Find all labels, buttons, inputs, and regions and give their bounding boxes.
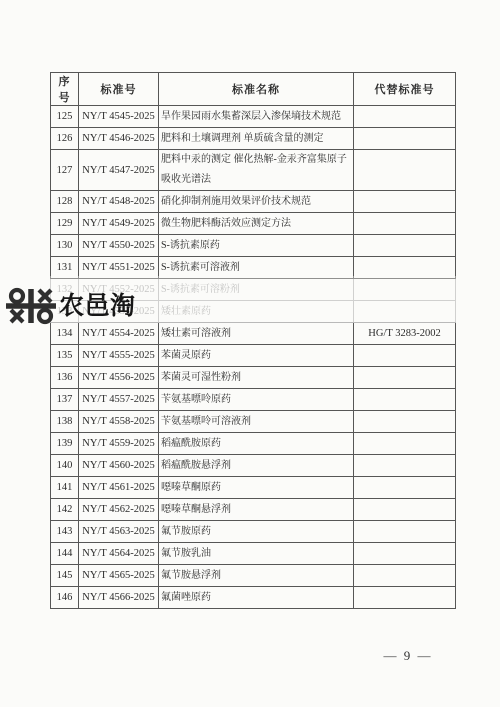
row-standard-name: 稻瘟酰胺原药 [159, 433, 354, 455]
row-seq: 144 [51, 543, 79, 565]
row-standard-code: NY/T 4553-2025 [79, 301, 159, 323]
row-standard-name: 氟节胺悬浮剂 [159, 565, 354, 587]
table-row: 145 NY/T 4565-2025 氟节胺悬浮剂 [51, 565, 456, 587]
table-row: 143 NY/T 4563-2025 氟节胺原药 [51, 521, 456, 543]
row-seq: 128 [51, 191, 79, 213]
row-replaced-code [354, 411, 456, 433]
row-seq: 140 [51, 455, 79, 477]
column-header: 序号 [51, 73, 79, 106]
row-seq: 137 [51, 389, 79, 411]
row-standard-name: 稻瘟酰胺悬浮剂 [159, 455, 354, 477]
row-standard-name: 微生物肥料酶活效应测定方法 [159, 213, 354, 235]
row-standard-code: NY/T 4555-2025 [79, 345, 159, 367]
table-row: 140 NY/T 4560-2025 稻瘟酰胺悬浮剂 [51, 455, 456, 477]
column-header: 标准名称 [159, 73, 354, 106]
row-replaced-code [354, 106, 456, 128]
row-seq: 145 [51, 565, 79, 587]
row-seq: 141 [51, 477, 79, 499]
row-seq: 138 [51, 411, 79, 433]
standards-table: 序号标准号标准名称代替标准号 125 NY/T 4545-2025 旱作果园雨水… [50, 72, 456, 609]
column-header: 标准号 [79, 73, 159, 106]
page-number: — 9 — [375, 648, 441, 664]
table-row: 125 NY/T 4545-2025 旱作果园雨水集蓄深层入渗保墒技术规范 [51, 106, 456, 128]
row-seq: 125 [51, 106, 79, 128]
table-row: 136 NY/T 4556-2025 苯菌灵可湿性粉剂 [51, 367, 456, 389]
row-standard-name: 苯菌灵可湿性粉剂 [159, 367, 354, 389]
row-replaced-code [354, 367, 456, 389]
column-header: 代替标准号 [354, 73, 456, 106]
row-standard-code: NY/T 4549-2025 [79, 213, 159, 235]
row-replaced-code [354, 150, 456, 191]
row-replaced-code [354, 128, 456, 150]
row-seq: 129 [51, 213, 79, 235]
row-standard-code: NY/T 4552-2025 [79, 279, 159, 301]
row-standard-code: NY/T 4560-2025 [79, 455, 159, 477]
row-standard-code: NY/T 4554-2025 [79, 323, 159, 345]
row-standard-name: S-诱抗素可溶粉剂 [159, 279, 354, 301]
row-standard-name: 氟节胺原药 [159, 521, 354, 543]
table-row: 130 NY/T 4550-2025 S-诱抗素原药 [51, 235, 456, 257]
row-standard-code: NY/T 4565-2025 [79, 565, 159, 587]
row-standard-name: 噁嗪草酮原药 [159, 477, 354, 499]
row-seq: 142 [51, 499, 79, 521]
row-standard-name: 旱作果园雨水集蓄深层入渗保墒技术规范 [159, 106, 354, 128]
row-standard-code: NY/T 4561-2025 [79, 477, 159, 499]
row-replaced-code [354, 565, 456, 587]
document-page: 序号标准号标准名称代替标准号 125 NY/T 4545-2025 旱作果园雨水… [0, 0, 500, 707]
row-replaced-code [354, 499, 456, 521]
row-replaced-code: HG/T 3283-2002 [354, 323, 456, 345]
row-standard-code: NY/T 4551-2025 [79, 257, 159, 279]
row-seq: 127 [51, 150, 79, 191]
row-standard-code: NY/T 4563-2025 [79, 521, 159, 543]
table-row: 127 NY/T 4547-2025 肥料中汞的测定 催化热解-金汞齐富集原子吸… [51, 150, 456, 191]
table-row: 132 NY/T 4552-2025 S-诱抗素可溶粉剂 [51, 279, 456, 301]
row-seq: 136 [51, 367, 79, 389]
table-row: 126 NY/T 4546-2025 肥料和土壤调理剂 单质硫含量的测定 [51, 128, 456, 150]
row-replaced-code [354, 433, 456, 455]
row-replaced-code [354, 301, 456, 323]
row-seq: 134 [51, 323, 79, 345]
table-row: 133 NY/T 4553-2025 矮壮素原药 [51, 301, 456, 323]
row-replaced-code [354, 235, 456, 257]
row-standard-code: NY/T 4558-2025 [79, 411, 159, 433]
row-seq: 143 [51, 521, 79, 543]
row-standard-name: 噁嗪草酮悬浮剂 [159, 499, 354, 521]
row-replaced-code [354, 587, 456, 609]
table-row: 129 NY/T 4549-2025 微生物肥料酶活效应测定方法 [51, 213, 456, 235]
table-row: 128 NY/T 4548-2025 硝化抑制剂施用效果评价技术规范 [51, 191, 456, 213]
row-standard-code: NY/T 4547-2025 [79, 150, 159, 191]
table-row: 146 NY/T 4566-2025 氟菌唑原药 [51, 587, 456, 609]
row-replaced-code [354, 213, 456, 235]
row-standard-name: 肥料中汞的测定 催化热解-金汞齐富集原子吸收光谱法 [159, 150, 354, 191]
row-replaced-code [354, 521, 456, 543]
table-row: 141 NY/T 4561-2025 噁嗪草酮原药 [51, 477, 456, 499]
row-standard-name: 氟菌唑原药 [159, 587, 354, 609]
row-standard-code: NY/T 4562-2025 [79, 499, 159, 521]
row-seq: 139 [51, 433, 79, 455]
row-standard-code: NY/T 4564-2025 [79, 543, 159, 565]
row-standard-name: 矮壮素原药 [159, 301, 354, 323]
row-seq: 126 [51, 128, 79, 150]
row-standard-name: 矮壮素可溶液剂 [159, 323, 354, 345]
row-standard-name: 苄氨基嘌呤原药 [159, 389, 354, 411]
table-row: 139 NY/T 4559-2025 稻瘟酰胺原药 [51, 433, 456, 455]
row-seq: 132 [51, 279, 79, 301]
row-replaced-code [354, 345, 456, 367]
row-standard-name: 氟节胺乳油 [159, 543, 354, 565]
row-seq: 131 [51, 257, 79, 279]
row-standard-code: NY/T 4548-2025 [79, 191, 159, 213]
row-standard-name: 苄氨基嘌呤可溶液剂 [159, 411, 354, 433]
row-standard-code: NY/T 4566-2025 [79, 587, 159, 609]
row-replaced-code [354, 543, 456, 565]
row-replaced-code [354, 455, 456, 477]
row-standard-name: S-诱抗素可溶液剂 [159, 257, 354, 279]
row-replaced-code [354, 279, 456, 301]
table-row: 134 NY/T 4554-2025 矮壮素可溶液剂 HG/T 3283-200… [51, 323, 456, 345]
table-row: 135 NY/T 4555-2025 苯菌灵原药 [51, 345, 456, 367]
row-standard-code: NY/T 4545-2025 [79, 106, 159, 128]
row-standard-code: NY/T 4556-2025 [79, 367, 159, 389]
table-row: 131 NY/T 4551-2025 S-诱抗素可溶液剂 [51, 257, 456, 279]
table-row: 142 NY/T 4562-2025 噁嗪草酮悬浮剂 [51, 499, 456, 521]
row-seq: 133 [51, 301, 79, 323]
row-seq: 135 [51, 345, 79, 367]
row-seq: 130 [51, 235, 79, 257]
row-standard-name: 苯菌灵原药 [159, 345, 354, 367]
table-body: 125 NY/T 4545-2025 旱作果园雨水集蓄深层入渗保墒技术规范 12… [51, 106, 456, 609]
row-standard-code: NY/T 4550-2025 [79, 235, 159, 257]
table-row: 144 NY/T 4564-2025 氟节胺乳油 [51, 543, 456, 565]
row-standard-code: NY/T 4546-2025 [79, 128, 159, 150]
row-standard-name: S-诱抗素原药 [159, 235, 354, 257]
row-standard-code: NY/T 4557-2025 [79, 389, 159, 411]
row-replaced-code [354, 389, 456, 411]
header-row: 序号标准号标准名称代替标准号 [51, 73, 456, 106]
row-seq: 146 [51, 587, 79, 609]
row-standard-code: NY/T 4559-2025 [79, 433, 159, 455]
row-replaced-code [354, 257, 456, 279]
row-replaced-code [354, 477, 456, 499]
table-row: 138 NY/T 4558-2025 苄氨基嘌呤可溶液剂 [51, 411, 456, 433]
row-replaced-code [354, 191, 456, 213]
row-standard-name: 硝化抑制剂施用效果评价技术规范 [159, 191, 354, 213]
table-row: 137 NY/T 4557-2025 苄氨基嘌呤原药 [51, 389, 456, 411]
row-standard-name: 肥料和土壤调理剂 单质硫含量的测定 [159, 128, 354, 150]
